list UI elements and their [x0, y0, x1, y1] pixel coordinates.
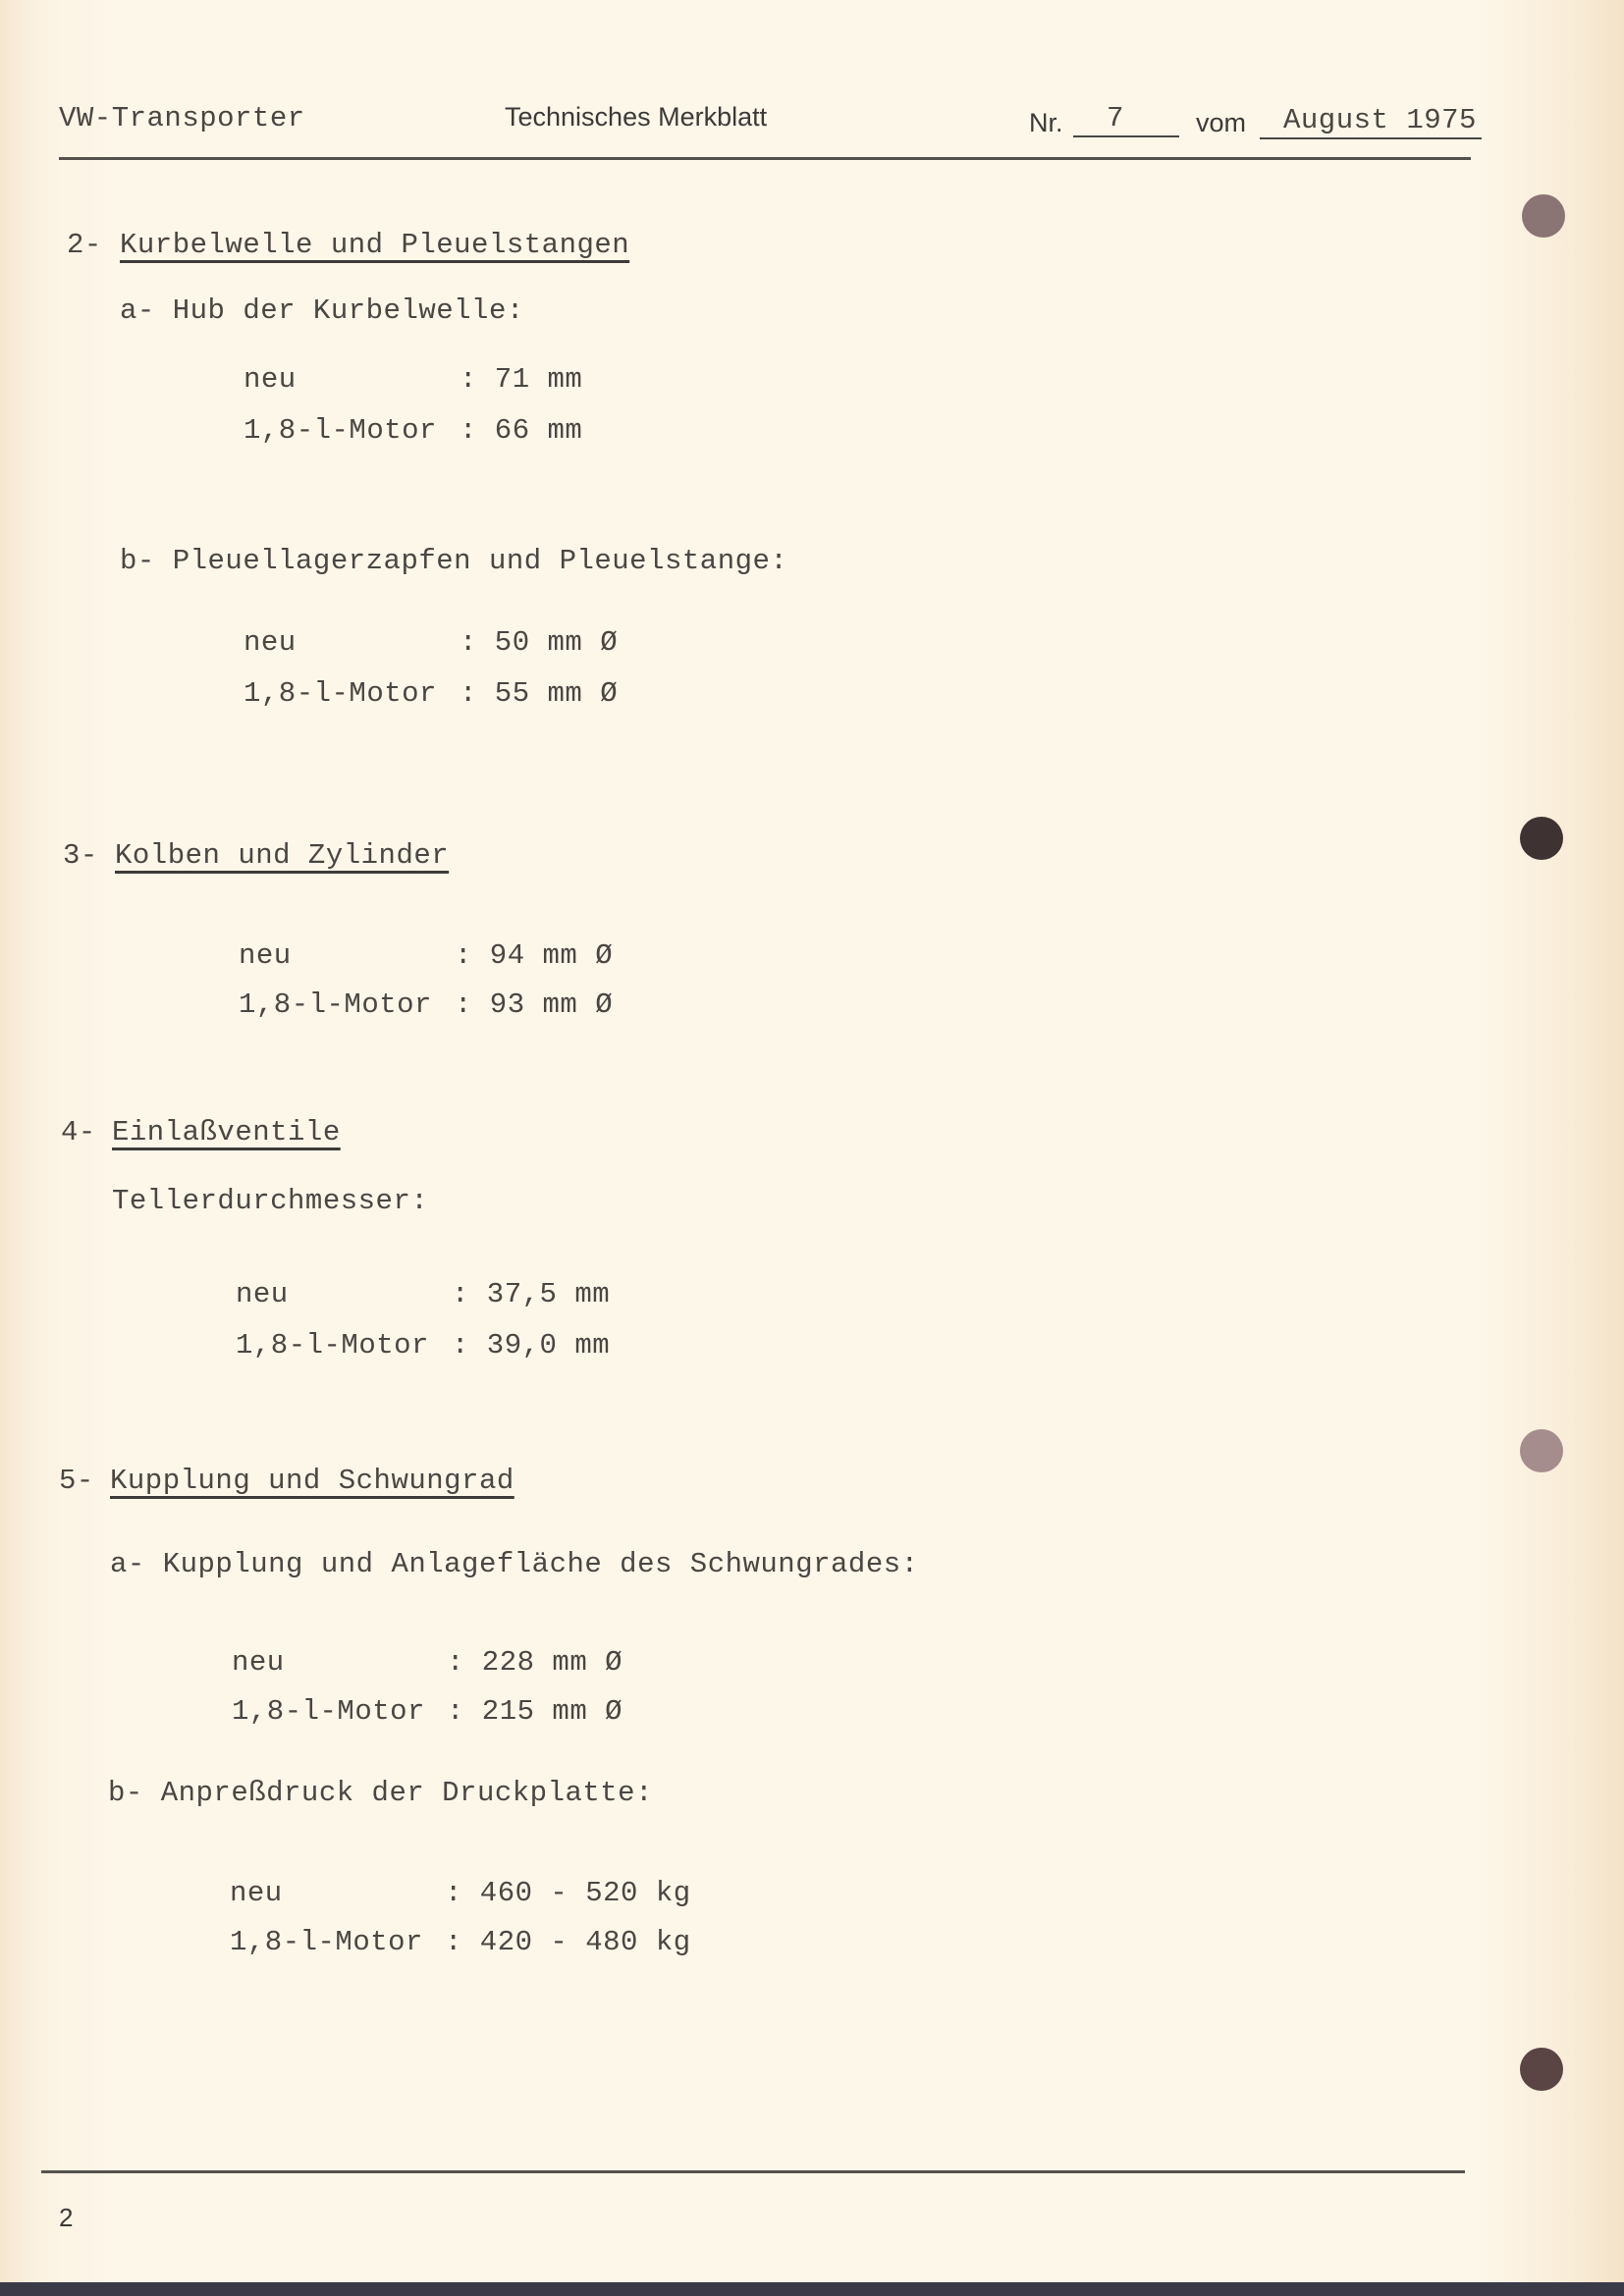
header-rule	[59, 157, 1471, 160]
spec-value: : 420 - 480 kg	[445, 1926, 691, 1958]
spec-value: : 55 mm Ø	[460, 677, 618, 710]
page-number: 2	[59, 2203, 73, 2233]
spec-value: : 71 mm	[460, 363, 582, 396]
punch-hole-icon	[1520, 817, 1563, 860]
section-5-title: Kupplung und Schwungrad	[110, 1465, 514, 1497]
section-3-title: Kolben und Zylinder	[115, 839, 449, 872]
punch-hole-icon	[1522, 194, 1565, 238]
spec-key: neu	[236, 1278, 289, 1310]
section-2b-label: b- Pleuellagerzapfen und Pleuelstange:	[120, 545, 787, 577]
spec-value: : 66 mm	[460, 414, 582, 447]
header-title: Technisches Merkblatt	[505, 102, 767, 133]
spec-key: neu	[244, 626, 297, 659]
punch-hole-icon	[1520, 2048, 1563, 2091]
section-5b-label: b- Anpreßdruck der Druckplatte:	[108, 1777, 653, 1809]
header-nr-label: Nr.	[1029, 108, 1063, 138]
spec-value: : 37,5 mm	[452, 1278, 610, 1310]
section-2-number: 2-	[67, 229, 102, 261]
spec-value: : 94 mm Ø	[455, 939, 613, 972]
spec-key: 1,8-l-Motor	[239, 988, 432, 1021]
spec-key: neu	[244, 363, 297, 396]
footer-rule	[41, 2170, 1465, 2173]
spec-value: : 50 mm Ø	[460, 626, 618, 659]
spec-value: : 39,0 mm	[452, 1329, 610, 1362]
header-vom-label: vom	[1196, 108, 1246, 138]
spec-key: neu	[230, 1877, 283, 1909]
section-4-sublabel: Tellerdurchmesser:	[112, 1185, 428, 1217]
spec-key: neu	[232, 1646, 285, 1679]
spec-key: 1,8-l-Motor	[244, 677, 437, 710]
section-2a-label: a- Hub der Kurbelwelle:	[120, 294, 524, 327]
section-4-number: 4-	[61, 1116, 96, 1148]
scan-edge	[0, 2282, 1624, 2296]
header-date-value: August 1975	[1283, 104, 1477, 136]
spec-key: 1,8-l-Motor	[232, 1695, 425, 1728]
spec-value: : 215 mm Ø	[447, 1695, 623, 1728]
section-3-number: 3-	[63, 839, 98, 872]
punch-hole-icon	[1520, 1429, 1563, 1472]
section-4-title: Einlaßventile	[112, 1116, 341, 1148]
spec-value: : 228 mm Ø	[447, 1646, 623, 1679]
section-2-title: Kurbelwelle und Pleuelstangen	[120, 229, 629, 261]
section-5a-label: a- Kupplung und Anlagefläche des Schwung…	[110, 1548, 919, 1580]
header-date-field: August 1975	[1260, 106, 1482, 139]
spec-key: 1,8-l-Motor	[244, 414, 437, 447]
section-5-number: 5-	[59, 1465, 94, 1497]
header-nr-value: 7	[1107, 102, 1124, 134]
spec-value: : 93 mm Ø	[455, 988, 613, 1021]
spec-key: neu	[239, 939, 292, 972]
spec-key: 1,8-l-Motor	[236, 1329, 429, 1362]
spec-key: 1,8-l-Motor	[230, 1926, 423, 1958]
header-nr-field: 7	[1073, 106, 1179, 137]
spec-value: : 460 - 520 kg	[445, 1877, 691, 1909]
header-vehicle: VW-Transporter	[59, 102, 305, 134]
